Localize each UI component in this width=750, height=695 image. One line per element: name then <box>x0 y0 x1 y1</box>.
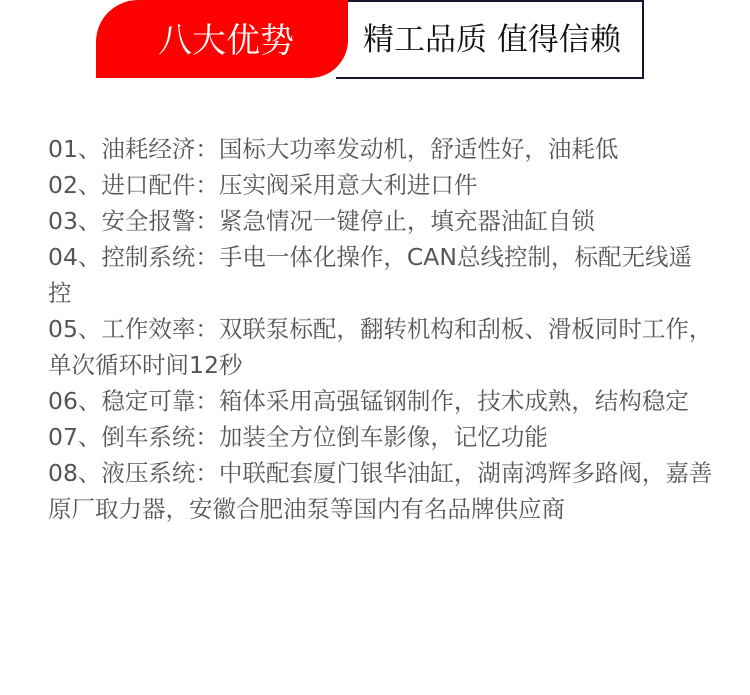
feature-item-01: 01、油耗经济：国标大功率发动机，舒适性好，油耗低 <box>48 131 713 167</box>
feature-item-02: 02、进口配件：压实阀采用意大利进口件 <box>48 167 713 203</box>
feature-item-04: 04、控制系统：手电一体化操作，CAN总线控制，标配无线遥控 <box>48 239 713 311</box>
feature-item-08: 08、液压系统：中联配套厦门银华油缸，湖南鸿辉多路阀，嘉善原厂取力器，安徽合肥油… <box>48 455 713 527</box>
feature-item-05: 05、工作效率：双联泵标配，翻转机构和刮板、滑板同时工作，单次循环时间12秒 <box>48 311 713 383</box>
feature-list: 01、油耗经济：国标大功率发动机，舒适性好，油耗低 02、进口配件：压实阀采用意… <box>48 131 713 527</box>
banner-title-tab: 八大优势 <box>96 0 348 78</box>
feature-item-03: 03、安全报警：紧急情况一键停止，填充器油缸自锁 <box>48 203 713 239</box>
feature-item-07: 07、倒车系统：加装全方位倒车影像，记忆功能 <box>48 419 713 455</box>
banner-subtitle: 精工品质 值得信赖 <box>363 0 621 78</box>
banner-title: 八大优势 <box>158 0 294 78</box>
section-banner: 精工品质 值得信赖 八大优势 <box>96 0 646 78</box>
feature-item-06: 06、稳定可靠：箱体采用高强锰钢制作，技术成熟，结构稳定 <box>48 383 713 419</box>
